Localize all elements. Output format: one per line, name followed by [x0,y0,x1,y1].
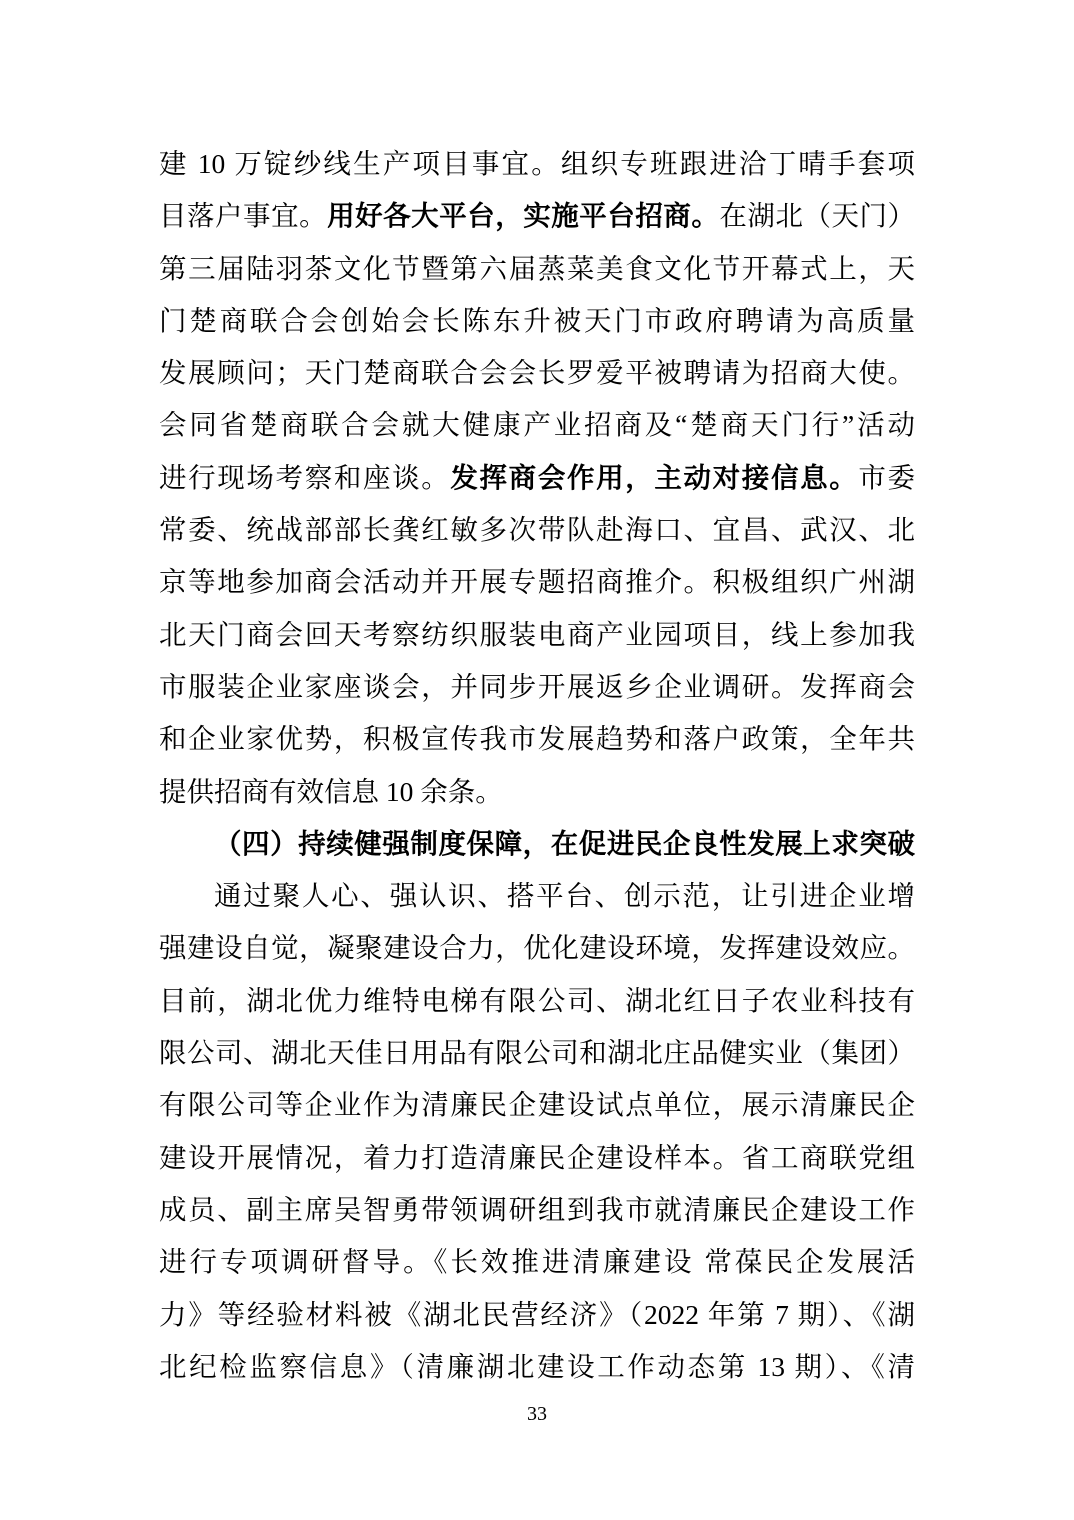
text-line: 第三届陆羽茶文化节暨第六届蒸菜美食文化节开幕式上，天 [159,243,915,295]
text-line: 力》等经验材料被《湖北民营经济》（2022 年第 7 期）、《湖 [159,1289,915,1341]
text-segment: 目落户事宜。 [159,200,327,231]
text-line: 强建设自觉，凝聚建设合力，优化建设环境，发挥建设效应。 [159,922,915,974]
text-line: 建设开展情况，着力打造清廉民企建设样本。省工商联党组 [159,1132,915,1184]
text-line: 和企业家优势，积极宣传我市发展趋势和落户政策，全年共 [159,713,915,765]
section-heading-text: （四）持续健强制度保障，在促进民企良性发展上求突破 [214,828,915,859]
text-segment: 建设开展情况，着力打造清廉民企建设样本。省工商联党组 [159,1142,915,1173]
text-segment: 目前，湖北优力维特电梯有限公司、湖北红日子农业科技有 [159,985,915,1016]
text-line: 北天门商会回天考察纺织服装电商产业园项目，线上参加我 [159,609,915,661]
paragraph-first-line: 通过聚人心、强认识、搭平台、创示范，让引进企业增 [159,870,915,922]
text-segment: 会同省楚商联合会就大健康产业招商及“楚商天门行”活动 [159,409,915,440]
text-segment: 进行现场考察和座谈。 [159,462,450,493]
text-segment: 常委、统战部部长龚红敏多次带队赴海口、宜昌、武汉、北 [159,514,915,545]
section-heading: （四）持续健强制度保障，在促进民企良性发展上求突破 [159,818,915,870]
text-segment: 发展顾问；天门楚商联合会会长罗爱平被聘请为招商大使。 [159,357,915,388]
text-line: 进行专项调研督导。《长效推进清廉建设 常葆民企发展活 [159,1236,915,1288]
text-segment: 成员、副主席吴智勇带领调研组到我市就清廉民企建设工作 [159,1194,915,1225]
text-segment: 市服装企业家座谈会，并同步开展返乡企业调研。发挥商会 [159,671,915,702]
paragraph-end-line: 提供招商有效信息 10 余条。 [159,766,915,818]
text-line: 常委、统战部部长龚红敏多次带队赴海口、宜昌、武汉、北 [159,504,915,556]
text-line: 限公司、湖北天佳日用品有限公司和湖北庄品健实业（集团） [159,1027,915,1079]
text-line: 发展顾问；天门楚商联合会会长罗爱平被聘请为招商大使。 [159,347,915,399]
text-segment: 京等地参加商会活动并开展专题招商推介。积极组织广州湖 [159,566,915,597]
text-segment: 力》等经验材料被《湖北民营经济》（2022 年第 7 期）、《湖 [159,1299,915,1330]
text-line: 会同省楚商联合会就大健康产业招商及“楚商天门行”活动 [159,399,915,451]
text-block: 建 10 万锭纱线生产项目事宜。组织专班跟进洽丁晴手套项 目落户事宜。用好各大平… [159,138,915,1393]
text-segment: 和企业家优势，积极宣传我市发展趋势和落户政策，全年共 [159,723,915,754]
text-line: 门楚商联合会创始会长陈东升被天门市政府聘请为高质量 [159,295,915,347]
text-line: 有限公司等企业作为清廉民企建设试点单位，展示清廉民企 [159,1079,915,1131]
text-segment: 市委 [858,462,915,493]
text-line: 进行现场考察和座谈。发挥商会作用，主动对接信息。市委 [159,452,915,504]
document-page: 建 10 万锭纱线生产项目事宜。组织专班跟进洽丁晴手套项 目落户事宜。用好各大平… [0,0,1074,1520]
text-line: 建 10 万锭纱线生产项目事宜。组织专班跟进洽丁晴手套项 [159,138,915,190]
text-segment: 在湖北（天门） [719,200,915,231]
text-line: 北纪检监察信息》（清廉湖北建设工作动态第 13 期）、《清 [159,1341,915,1393]
text-segment: 有限公司等企业作为清廉民企建设试点单位，展示清廉民企 [159,1089,915,1120]
text-segment: 限公司、湖北天佳日用品有限公司和湖北庄品健实业（集团） [159,1037,915,1068]
text-segment: 北纪检监察信息》（清廉湖北建设工作动态第 13 期）、《清 [159,1351,915,1382]
text-line: 成员、副主席吴智勇带领调研组到我市就清廉民企建设工作 [159,1184,915,1236]
text-segment: 建 10 万锭纱线生产项目事宜。组织专班跟进洽丁晴手套项 [159,148,915,179]
text-segment: 强建设自觉，凝聚建设合力，优化建设环境，发挥建设效应。 [159,932,915,963]
page-number: 33 [0,1403,1074,1426]
text-segment: 北天门商会回天考察纺织服装电商产业园项目，线上参加我 [159,619,915,650]
bold-emphasis: 发挥商会作用，主动对接信息。 [450,462,858,493]
text-segment: 进行专项调研督导。《长效推进清廉建设 常葆民企发展活 [159,1246,915,1277]
text-segment: 提供招商有效信息 10 余条。 [159,776,503,807]
text-line: 目落户事宜。用好各大平台，实施平台招商。在湖北（天门） [159,190,915,242]
bold-emphasis: 用好各大平台，实施平台招商。 [327,200,719,231]
text-line: 市服装企业家座谈会，并同步开展返乡企业调研。发挥商会 [159,661,915,713]
text-segment: 门楚商联合会创始会长陈东升被天门市政府聘请为高质量 [159,305,915,336]
text-line: 京等地参加商会活动并开展专题招商推介。积极组织广州湖 [159,556,915,608]
text-segment: 通过聚人心、强认识、搭平台、创示范，让引进企业增 [214,880,915,911]
text-segment: 第三届陆羽茶文化节暨第六届蒸菜美食文化节开幕式上，天 [159,253,915,284]
text-line: 目前，湖北优力维特电梯有限公司、湖北红日子农业科技有 [159,975,915,1027]
